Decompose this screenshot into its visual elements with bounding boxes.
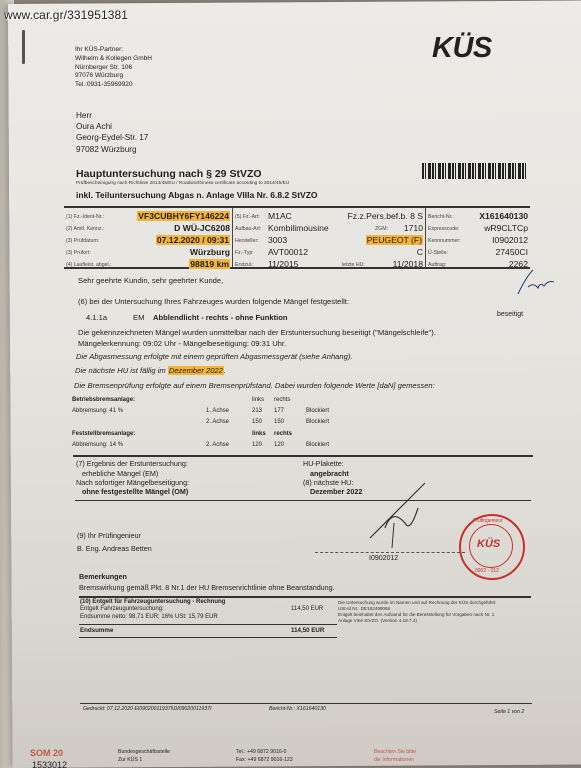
document-subtitle: Prüfbescheinigung nach Richtlinie 2014/4… [76,181,289,186]
engineer-label: (9) Ihr Prüfingenieur [77,531,141,540]
vehicle-field-value: Kombilimousine [268,223,329,233]
result-label: (7) Ergebnis der Erstuntersuchung: [76,459,188,468]
next-hu-sentence: Die nächste HU ist fällig im Dezember 20… [75,366,226,375]
som-label: SOM 20 [30,748,63,758]
vehicle-field-label: Bericht-Nr.: [428,214,454,220]
vehicle-field-value: VF3CUBHY6FY146224 [137,211,230,221]
vehicle-field-label: Expresscode: [428,226,459,232]
plakette-label: HU-Plakette: [303,459,344,468]
vehicle-field-label: Fz.-Typ: [235,250,254,256]
result-bottom-rule [75,500,531,501]
vehicle-field-value: 11/2015 [268,259,298,269]
parking-brake-title: Feststellbremsanlage: [72,431,135,437]
invoice-net: Endsumme netto: 98,71 EUR; 16% USt: 15,7… [80,614,218,620]
vehicle-field-label: Auftrag: [428,262,446,268]
vehicle-field-value: wR9CLTCp [484,223,528,233]
vehicle-field-value: 07.12.2020 / 09:31 [156,235,230,245]
kus-logo: KÜS [432,32,492,65]
axle-label: 1. Achse [206,408,229,414]
brake-status: Blockiert [306,408,329,414]
defect-code: 4.1.1a [86,313,107,322]
result-after-label: Nach sofortiger Mängelbeseitigung: [76,478,189,487]
footer-rule [80,703,532,704]
vehicle-field-value: M1AC [268,211,292,221]
brake-intro: Die Bremsenprüfung erfolgte auf einem Br… [74,381,435,390]
brake-right: 120 [274,442,284,448]
office-address: Bundesgeschäftsstelle Zur KÜS 1 [118,748,170,764]
invoice-total-value: 114,50 EUR [291,627,324,634]
vehicle-field-value: Fz.z.Pers.bef.b. 8 S [348,211,423,221]
invoice-total-rule [79,624,337,625]
invoice-fee-value: 114,50 EUR [291,606,323,612]
stamp-logo: KÜS [477,538,500,550]
vehicle-field-label: letzte HU: [342,262,365,268]
service-brake-rate: Abbremsung: 41 % [72,408,123,414]
page-number: Seite 1 von 2 [494,709,524,715]
staple [22,30,25,64]
barcode [422,163,526,179]
vehicle-field-label: Aufbau-Art: [235,226,261,232]
brake-right: 177 [274,408,284,414]
brake-left: 120 [252,442,262,448]
kus-stamp: Prüfingenieur KÜS 0902 - 012 [459,514,525,580]
engineer-name: B. Eng. Andreas Betten [77,544,152,553]
vehicle-field-value: Würzburg [190,247,230,257]
defects-times: Mängelerkennung: 09:02 Uhr - Mängelbesei… [78,339,286,348]
engineer-id: I0902012 [369,555,398,562]
vehicle-field-label: Erstzul.: [235,262,254,268]
recipient-line: 97082 Würzburg [76,144,148,155]
vehicle-field-label: Ü-Stelle: [428,250,448,256]
watermark: www.car.gr/331951381 [4,8,128,22]
initials-mark [508,262,558,302]
invoice-fee-label: Entgelt Fahrzeuguntersuchung: [80,606,164,612]
partner-line: Ihr KÜS-Partner: [75,46,152,55]
greeting: Sehr geehrte Kundin, sehr geehrter Kunde… [78,276,223,285]
col-rechts: rechts [274,431,292,437]
axle-label: 2. Achse [206,419,229,425]
col-links: links [252,431,266,437]
document-title-secondary: inkl. Teiluntersuchung Abgas n. Anlage V… [76,190,318,200]
result-top-rule [73,455,533,457]
remarks-title: Bemerkungen [79,572,127,581]
vehicle-field-value: D WÜ-JC6208 [174,223,230,233]
vehicle-field-value: 3003 [268,235,287,245]
vehicle-field-value: PEUGEOT (F) [366,235,423,245]
brake-status: Blockiert [306,442,329,448]
vehicle-field-label: (3) Prüfort: [66,250,91,256]
column-divider [425,208,426,267]
brake-status: Blockiert [306,419,329,425]
next-hu-date: Dezember 2022 [168,366,224,375]
som-number: 1533012 [32,760,67,768]
vehicle-field-label: Kennnummer: [428,238,461,244]
defect-status: beseitigt [497,311,523,318]
vehicle-field-value: X161640130 [479,211,528,221]
result-after-value: ohne festgestellte Mängel (OM) [82,487,188,496]
vehicle-field-value: 1710 [404,223,423,233]
partner-line: Nürnberger Str. 106 [75,64,152,73]
invoice-total-label: Endsumme [80,627,113,634]
invoice-title: (10) Entgelt für Fahrzeuguntersuchung - … [80,599,225,605]
col-links: links [252,397,264,403]
remarks-text: Bremswirkung gemäß Pkt. 8 Nr.1 der HU Br… [79,583,335,592]
footer-report-number: Bericht-Nr.: X161640130 [269,706,326,712]
printed-info: Gedruckt: 07.12.2020 EI09020011937I\DI09… [83,706,211,712]
vehicle-field-value: AVT00012 [268,247,308,257]
invoice-bottom-rule [79,637,337,638]
brake-right: 150 [274,419,284,425]
vehicle-field-value: C [417,247,423,257]
partner-address: Ihr KÜS-Partner: Wilhelm & Kollegen GmbH… [75,46,152,90]
vehicle-field-label: ZGM: [375,226,388,232]
recipient-line: Georg-Eydel-Str. 17 [76,132,148,143]
vehicle-field-label: (2) Amtl. Kennz.: [66,226,104,232]
signature-line [315,552,465,553]
vehicle-field-value: I0902012 [492,235,528,245]
defects-intro: (6) bei der Untersuchung Ihres Fahrzeuge… [78,297,349,306]
vehicle-field-value: 27450CI [496,247,529,257]
office-contact: Tel.: +49 6872 9016-0 Fax: +49 6872 9016… [236,748,293,764]
column-divider [232,208,233,267]
service-brake-title: Betriebsbremsanlage: [72,397,135,403]
brake-left: 150 [252,419,262,425]
plakette-value: angebracht [310,469,349,478]
axle-label: 2. Achse [206,442,229,448]
vehicle-field-label: Hersteller: [235,238,259,244]
recipient-address: Herr Oura Achi Georg-Eydel-Str. 17 97082… [76,110,148,155]
vehicle-field-value: 98819 km [189,259,230,269]
invoice-notes: Die Untersuchung wurde im Namen und auf … [338,600,533,624]
defect-description: Abblendlicht - rechts - ohne Funktion [153,313,288,322]
partner-line: Wilhelm & Kollegen GmbH [75,55,152,64]
vehicle-field-value: 11/2018 [393,259,423,269]
partner-line: Tel.:0931-35969920 [75,81,152,90]
parking-brake-rate: Abbremsung: 14 % [72,442,123,448]
vehicle-field-label: (1) Fz.-Ident-Nr.: [66,214,104,220]
vehicle-field-label: (5) Fz.-Art: [235,214,260,220]
table-top-rule [64,206,530,208]
col-rechts: rechts [274,397,290,403]
notice: Beachten Sie bitte die Informationen [374,748,416,764]
document-title: Hauptuntersuchung nach § 29 StVZO [76,168,262,180]
brake-left: 213 [252,408,262,414]
defect-severity: EM [133,313,144,322]
result-value: erhebliche Mängel (EM) [82,469,158,478]
exhaust-text: Die Abgasmessung erfolgte mit einem gepr… [76,352,352,361]
invoice-top-rule [79,596,531,598]
vehicle-field-label: (3) Prüfdatum: [66,238,99,244]
recipient-line: Oura Achi [76,121,148,132]
defects-note: Die gekennzeichneten Mängel wurden unmit… [78,328,436,337]
signature-mark [330,478,440,548]
vehicle-field-label: (4) Laufleist. abgel.: [66,262,112,268]
partner-line: 97076 Würzburg [75,72,152,81]
recipient-line: Herr [76,110,148,121]
